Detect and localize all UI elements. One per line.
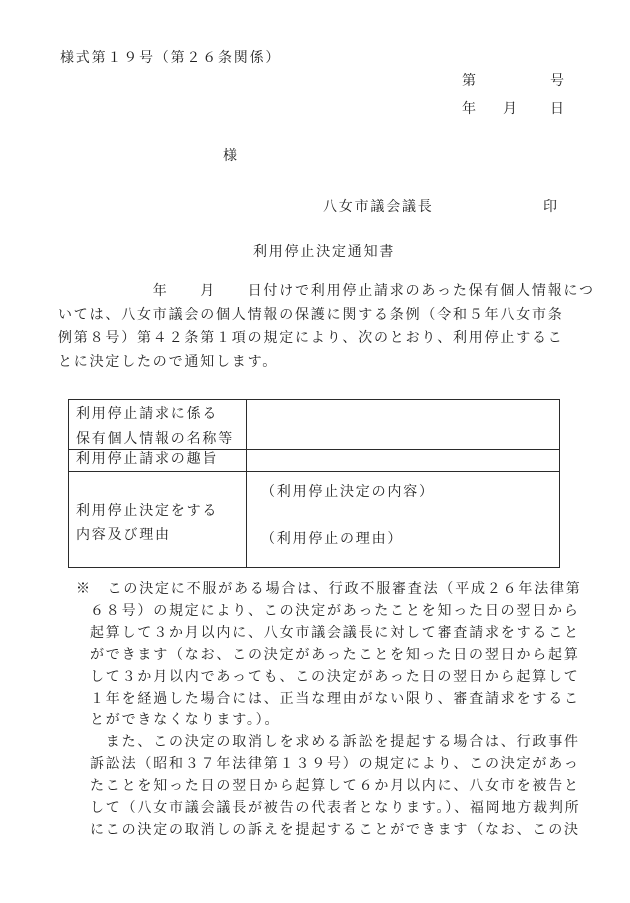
body-paragraph: 年 月 日付けで利用停止請求のあった保有個人情報につ いては、八女市議会の個人情… <box>58 280 578 375</box>
date-year-label: 年 <box>462 102 478 117</box>
sender-title: 八女市議会議長 <box>323 200 434 215</box>
note-line: にこの決定の取消しの訴えを提起することができます（なお、この決 <box>90 820 590 842</box>
body-line: 例第８号）第４２条第１項の規定により、次のとおり、利用停止するこ <box>58 327 578 351</box>
note-line: ※ この決定に不服がある場合は、行政不服審査法（平成２６年法律第 <box>76 579 590 601</box>
row3-label-cell: 利用停止決定をする 内容及び理由 <box>69 472 247 567</box>
row3-label-line1: 利用停止決定をする <box>76 500 246 524</box>
row1-label-line1: 利用停止請求に係る <box>76 402 246 427</box>
row3-value-reason-heading: （利用停止の理由） <box>261 528 559 552</box>
row1-label-line2: 保有個人情報の名称等 <box>76 427 246 452</box>
note-line: 起算して３か月以内に、八女市議会議長に対して審査請求をすること <box>90 623 590 645</box>
body-line: いては、八女市議会の個人情報の保護に関する条例（令和５年八女市条 <box>58 304 578 328</box>
note-block: ※ この決定に不服がある場合は、行政不服審査法（平成２６年法律第 ６８号）の規定… <box>90 579 590 842</box>
decision-table: 利用停止請求に係る 保有個人情報の名称等 利用停止請求の趣旨 利用停止決定をする… <box>68 399 560 568</box>
table-row: 利用停止決定をする 内容及び理由 （利用停止決定の内容） （利用停止の理由） <box>69 472 559 567</box>
note-line: １年を経過した場合には、正当な理由がない限り、審査請求をするこ <box>90 689 590 711</box>
note-line: ができます（なお、この決定があったことを知った日の翌日から起算 <box>90 645 590 667</box>
document-title: 利用停止決定通知書 <box>253 245 395 260</box>
note-line: また、この決定の取消しを求める訴訟を提起する場合は、行政事件 <box>90 732 590 754</box>
row2-label: 利用停止請求の趣旨 <box>76 452 246 468</box>
table-row: 利用停止請求の趣旨 <box>69 450 559 472</box>
body-line: とに決定したので通知します。 <box>58 351 578 375</box>
addressee-honorific: 様 <box>223 149 239 164</box>
row3-value-cell: （利用停止決定の内容） （利用停止の理由） <box>247 472 559 567</box>
note-line: たことを知った日の翌日から起算して６か月以内に、八女市を被告と <box>90 776 590 798</box>
note-line: とができなくなります。）。 <box>90 710 590 732</box>
note-line: ６８号）の規定により、この決定があったことを知った日の翌日から <box>90 601 590 623</box>
seal-mark: 印 <box>543 200 559 215</box>
document-page: 様式第１９号（第２６条関係） 第 号 年 月 日 様 八女市議会議長 印 利用停… <box>0 0 630 903</box>
row2-label-cell: 利用停止請求の趣旨 <box>69 450 247 471</box>
row3-value-content-heading: （利用停止決定の内容） <box>261 481 559 505</box>
row1-label-cell: 利用停止請求に係る 保有個人情報の名称等 <box>69 400 247 449</box>
date-day-label: 日 <box>550 102 566 117</box>
note-line: して（八女市議会議長が被告の代表者となります。）、福岡地方裁判所 <box>90 798 590 820</box>
table-row: 利用停止請求に係る 保有個人情報の名称等 <box>69 400 559 450</box>
body-line: 年 月 日付けで利用停止請求のあった保有個人情報につ <box>58 280 578 304</box>
row2-value-cell <box>247 450 559 471</box>
doc-number-prefix: 第 <box>462 74 478 89</box>
row3-label-line2: 内容及び理由 <box>76 524 246 548</box>
form-number: 様式第１９号（第２６条関係） <box>60 51 281 66</box>
date-month-label: 月 <box>503 102 519 117</box>
row1-value-cell <box>247 400 559 449</box>
note-line: して３か月以内であっても、この決定があった日の翌日から起算して <box>90 667 590 689</box>
note-line: 訴訟法（昭和３７年法律第１３９号）の規定により、この決定があっ <box>90 754 590 776</box>
doc-number-suffix: 号 <box>550 74 566 89</box>
